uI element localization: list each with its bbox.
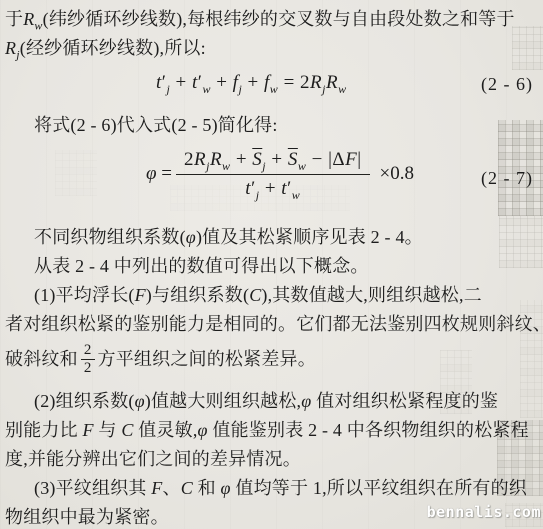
para-concepts: 从表 2 - 4 中列出的数值可得出以下概念。 [0,253,543,279]
para-substitute: 将式(2 - 6)代入式(2 - 5)简化得: [0,112,543,138]
equation-2-6-formula: t′j + t′w + fj + fw = 2RjRw [156,72,347,94]
equation-2-7-denominator: t′j + t′w [176,174,370,200]
equation-2-7-numerator: 2RjRw + Sj + Sw − |ΔF| [176,149,370,174]
equation-2-7-fraction: 2RjRw + Sj + Sw − |ΔF| t′j + t′w [176,149,370,200]
item-1-line-2: 者对组织松紧的鉴别能力是相同的。它们都无法鉴别四枚规则斜纹、 [0,311,543,337]
watermark: bennalis.com [427,503,541,521]
equation-2-7-lhs: φ = [146,163,172,185]
item-2-line-2: 别能力比 F 与 C 值灵敏,φ 值能鉴别表 2 - 4 中各织物组织的松紧程 [0,417,543,443]
equation-2-7-number: (2 - 7) [481,168,533,189]
two-over-two-fraction: 2 2 [81,343,95,376]
item-2-line-3: 度,并能分辨出它们之间的差异情况。 [0,446,543,472]
equation-2-6: t′j + t′w + fj + fw = 2RjRw (2 - 6) [0,72,543,102]
item-1-line-3-after: 方平组织之间的松紧差异。 [98,346,316,372]
item-1-line-3: 破斜纹和 2 2 方平组织之间的松紧差异。 [0,338,543,380]
equation-2-7: φ = 2RjRw + Sj + Sw − |ΔF| t′j + t′w ×0.… [0,142,543,208]
item-2-line-1: (2)组织系数(φ)值越大则组织越松,φ 值对组织松紧程度的鉴 [0,388,543,414]
para-table-ref: 不同织物组织系数(φ)值及其松紧顺序见表 2 - 4。 [0,224,543,250]
document-page: 于Rw(纬纱循环纱线数),每根纬纱的交叉数与自由段处数之和等于 Rj(经纱循环纱… [0,0,543,529]
intro-line-1: 于Rw(纬纱循环纱线数),每根纬纱的交叉数与自由段处数之和等于 [0,6,543,32]
fraction-denominator: 2 [81,360,95,376]
equation-2-7-formula: φ = 2RjRw + Sj + Sw − |ΔF| t′j + t′w ×0.… [146,142,414,206]
fraction-numerator: 2 [81,343,95,360]
item-3-line-1: (3)平纹组织其 F、C 和 φ 值均等于 1,所以平纹组织在所有的织 [0,475,543,501]
equation-2-6-number: (2 - 6) [481,74,533,95]
item-1-line-1: (1)平均浮长(F)与组织系数(C),其数值越大,则组织越松,二 [0,282,543,308]
intro-line-2: Rj(经纱循环纱线数),所以: [0,35,543,61]
item-1-line-3-before: 破斜纹和 [5,346,78,372]
equation-2-7-suffix: ×0.8 [380,163,414,185]
